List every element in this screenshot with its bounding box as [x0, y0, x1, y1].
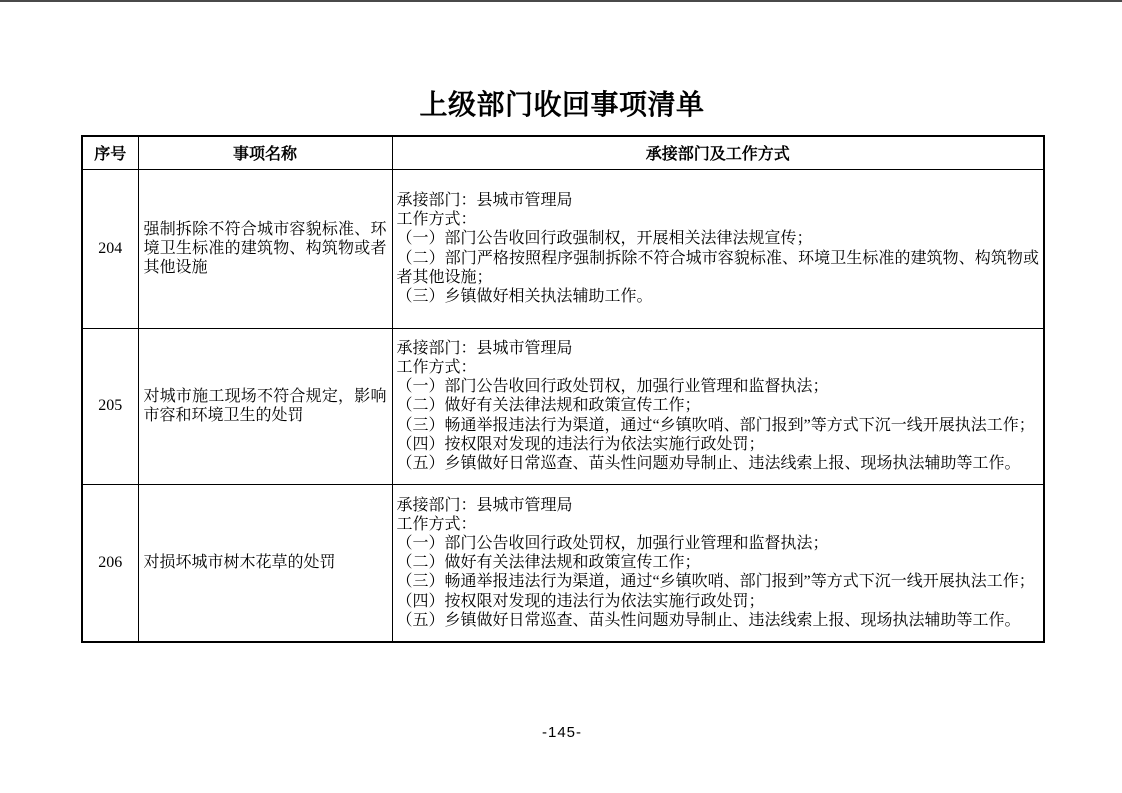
- detail-line: （四）按权限对发现的违法行为依法实施行政处罚；: [397, 592, 1040, 611]
- row-number: 206: [82, 484, 138, 642]
- table-row: 205 对城市施工现场不符合规定，影响市容和环境卫生的处罚 承接部门：县城市管理…: [82, 328, 1044, 484]
- document-page: 上级部门收回事项清单 序号 事项名称 承接部门及工作方式 204 强制拆除不符合…: [0, 0, 1122, 793]
- page-title: 上级部门收回事项清单: [81, 88, 1043, 124]
- detail-line: （二）部门严格按照程序强制拆除不符合城市容貌标准、环境卫生标准的建筑物、构筑物或…: [397, 249, 1040, 287]
- table-row: 204 强制拆除不符合城市容貌标准、环境卫生标准的建筑物、构筑物或者其他设施 承…: [82, 169, 1044, 328]
- detail-cell: 承接部门：县城市管理局工作方式：（一）部门公告收回行政处罚权，加强行业管理和监督…: [392, 484, 1044, 642]
- item-name-cell: 对损坏城市树木花草的处罚: [138, 484, 392, 642]
- detail-line: （二）做好有关法律法规和政策宣传工作；: [397, 396, 1040, 415]
- detail-line: 承接部门：县城市管理局: [397, 496, 1040, 515]
- detail-line: 承接部门：县城市管理局: [397, 191, 1040, 210]
- detail-line: 工作方式：: [397, 210, 1040, 229]
- row-number: 204: [82, 169, 138, 328]
- detail-line: （二）做好有关法律法规和政策宣传工作；: [397, 553, 1040, 572]
- detail-line: 承接部门：县城市管理局: [397, 339, 1040, 358]
- item-name-cell: 强制拆除不符合城市容貌标准、环境卫生标准的建筑物、构筑物或者其他设施: [138, 169, 392, 328]
- column-header-item-name: 事项名称: [138, 136, 392, 169]
- item-name-cell: 对城市施工现场不符合规定，影响市容和环境卫生的处罚: [138, 328, 392, 484]
- row-number: 205: [82, 328, 138, 484]
- detail-cell: 承接部门：县城市管理局工作方式：（一）部门公告收回行政处罚权，加强行业管理和监督…: [392, 328, 1044, 484]
- page-top-divider: [0, 0, 1122, 2]
- detail-line: （三）乡镇做好相关执法辅助工作。: [397, 287, 1040, 306]
- item-name: 强制拆除不符合城市容貌标准、环境卫生标准的建筑物、构筑物或者其他设施: [144, 220, 387, 278]
- item-name: 对城市施工现场不符合规定，影响市容和环境卫生的处罚: [144, 387, 387, 425]
- table-row: 206 对损坏城市树木花草的处罚 承接部门：县城市管理局工作方式：（一）部门公告…: [82, 484, 1044, 642]
- detail-cell: 承接部门：县城市管理局工作方式：（一）部门公告收回行政强制权，开展相关法律法规宣…: [392, 169, 1044, 328]
- detail-line: （一）部门公告收回行政处罚权，加强行业管理和监督执法；: [397, 534, 1040, 553]
- detail-line: （一）部门公告收回行政强制权，开展相关法律法规宣传；: [397, 229, 1040, 248]
- column-header-department-method: 承接部门及工作方式: [392, 136, 1044, 169]
- items-table: 序号 事项名称 承接部门及工作方式 204 强制拆除不符合城市容貌标准、环境卫生…: [81, 135, 1045, 643]
- detail-line: 工作方式：: [397, 358, 1040, 377]
- detail-line: （一）部门公告收回行政处罚权，加强行业管理和监督执法；: [397, 377, 1040, 396]
- column-header-serial-number: 序号: [82, 136, 138, 169]
- table-header-row: 序号 事项名称 承接部门及工作方式: [82, 136, 1044, 169]
- detail-line: 工作方式：: [397, 515, 1040, 534]
- detail-line: （五）乡镇做好日常巡查、苗头性问题劝导制止、违法线索上报、现场执法辅助等工作。: [397, 454, 1040, 473]
- detail-line: （三）畅通举报违法行为渠道，通过“乡镇吹哨、部门报到”等方式下沉一线开展执法工作…: [397, 416, 1040, 435]
- detail-line: （五）乡镇做好日常巡查、苗头性问题劝导制止、违法线索上报、现场执法辅助等工作。: [397, 611, 1040, 630]
- page-number: -145-: [81, 724, 1043, 741]
- detail-line: （三）畅通举报违法行为渠道，通过“乡镇吹哨、部门报到”等方式下沉一线开展执法工作…: [397, 572, 1040, 591]
- item-name: 对损坏城市树木花草的处罚: [144, 553, 387, 572]
- detail-line: （四）按权限对发现的违法行为依法实施行政处罚；: [397, 435, 1040, 454]
